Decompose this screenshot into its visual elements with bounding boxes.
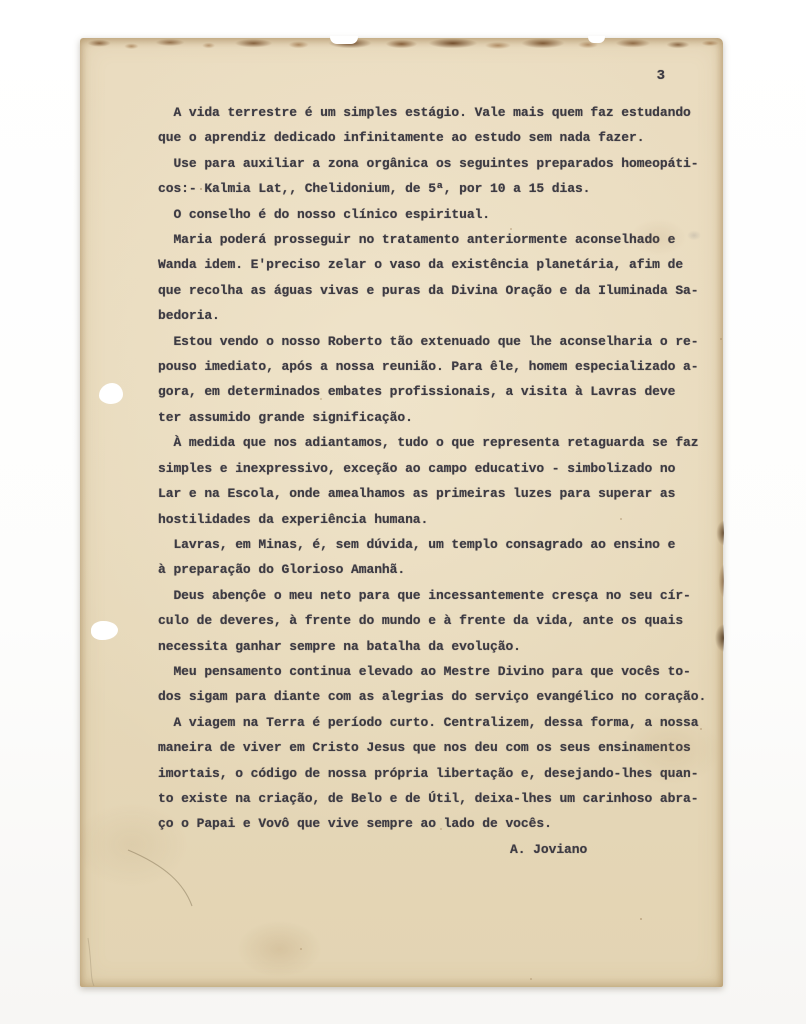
- paragraph: O conselho é do nosso clínico espiritual…: [158, 202, 703, 227]
- paper-hole-mark: [99, 383, 123, 404]
- scanned-page: 3 A vida terrestre é um simples estágio.…: [80, 38, 723, 987]
- top-edge-foxing-stains: [80, 38, 723, 53]
- text-line: O conselho é do nosso clínico espiritual…: [158, 202, 703, 227]
- page-number: 3: [657, 68, 665, 84]
- paragraph: Maria poderá prosseguir no tratamento an…: [158, 227, 703, 329]
- text-line: Maria poderá prosseguir no tratamento an…: [158, 227, 703, 252]
- text-line: Wanda idem. E'preciso zelar o vaso da ex…: [158, 252, 703, 277]
- text-line: À medida que nos adiantamos, tudo o que …: [158, 430, 703, 455]
- text-line: cos:- Kalmia Lat,, Chelidonium, de 5ª, p…: [158, 176, 703, 201]
- paragraph: Deus abençôe o meu neto para que incessa…: [158, 583, 703, 659]
- text-line: to existe na criação, de Belo e de Útil,…: [158, 786, 703, 811]
- paragraph: À medida que nos adiantamos, tudo o que …: [158, 430, 703, 532]
- text-line: pouso imediato, após a nossa reunião. Pa…: [158, 354, 703, 379]
- torn-edge-notch: [330, 36, 358, 44]
- text-line: ço o Papai e Vovô que vive sempre ao lad…: [158, 811, 703, 836]
- text-line: hostilidades da experiência humana.: [158, 507, 703, 532]
- text-line: Estou vendo o nosso Roberto tão extenuad…: [158, 329, 703, 354]
- text-line: à preparação do Glorioso Amanhã.: [158, 557, 703, 582]
- text-line: dos sigam para diante com as alegrias do…: [158, 684, 703, 709]
- text-line: A viagem na Terra é período curto. Centr…: [158, 710, 703, 735]
- text-line: necessita ganhar sempre na batalha da ev…: [158, 634, 703, 659]
- text-line: simples e inexpressivo, exceção ao campo…: [158, 456, 703, 481]
- text-line: culo de deveres, à frente do mundo e à f…: [158, 608, 703, 633]
- right-edge-stains: [706, 506, 724, 656]
- text-line: imortais, o código de nossa própria libe…: [158, 761, 703, 786]
- torn-edge-notch: [588, 36, 605, 43]
- text-line: que recolha as águas vivas e puras da Di…: [158, 278, 703, 303]
- paragraph: Use para auxiliar a zona orgânica os seg…: [158, 151, 703, 202]
- paragraph: A viagem na Terra é período curto. Centr…: [158, 710, 703, 837]
- text-line: Lavras, em Minas, é, sem dúvida, um temp…: [158, 532, 703, 557]
- paragraph: Estou vendo o nosso Roberto tão extenuad…: [158, 329, 703, 431]
- text-line: ter assumido grande significação.: [158, 405, 703, 430]
- paragraph: Lavras, em Minas, é, sem dúvida, um temp…: [158, 532, 703, 583]
- text-line: bedoria.: [158, 303, 703, 328]
- text-line: Use para auxiliar a zona orgânica os seg…: [158, 151, 703, 176]
- text-block: A vida terrestre é um simples estágio. V…: [158, 100, 703, 862]
- text-line: maneira de viver em Cristo Jesus que nos…: [158, 735, 703, 760]
- paper-hole-mark: [91, 621, 118, 640]
- signature: A. Joviano: [510, 837, 703, 862]
- text-line: gora, em determinados embates profission…: [158, 379, 703, 404]
- text-line: A vida terrestre é um simples estágio. V…: [158, 100, 703, 125]
- paragraph: Meu pensamento continua elevado ao Mestr…: [158, 659, 703, 710]
- text-line: Deus abençôe o meu neto para que incessa…: [158, 583, 703, 608]
- text-line: que o aprendiz dedicado infinitamente ao…: [158, 125, 703, 150]
- text-line: Lar e na Escola, onde amealhamos as prim…: [158, 481, 703, 506]
- text-line: Meu pensamento continua elevado ao Mestr…: [158, 659, 703, 684]
- paragraph: A vida terrestre é um simples estágio. V…: [158, 100, 703, 151]
